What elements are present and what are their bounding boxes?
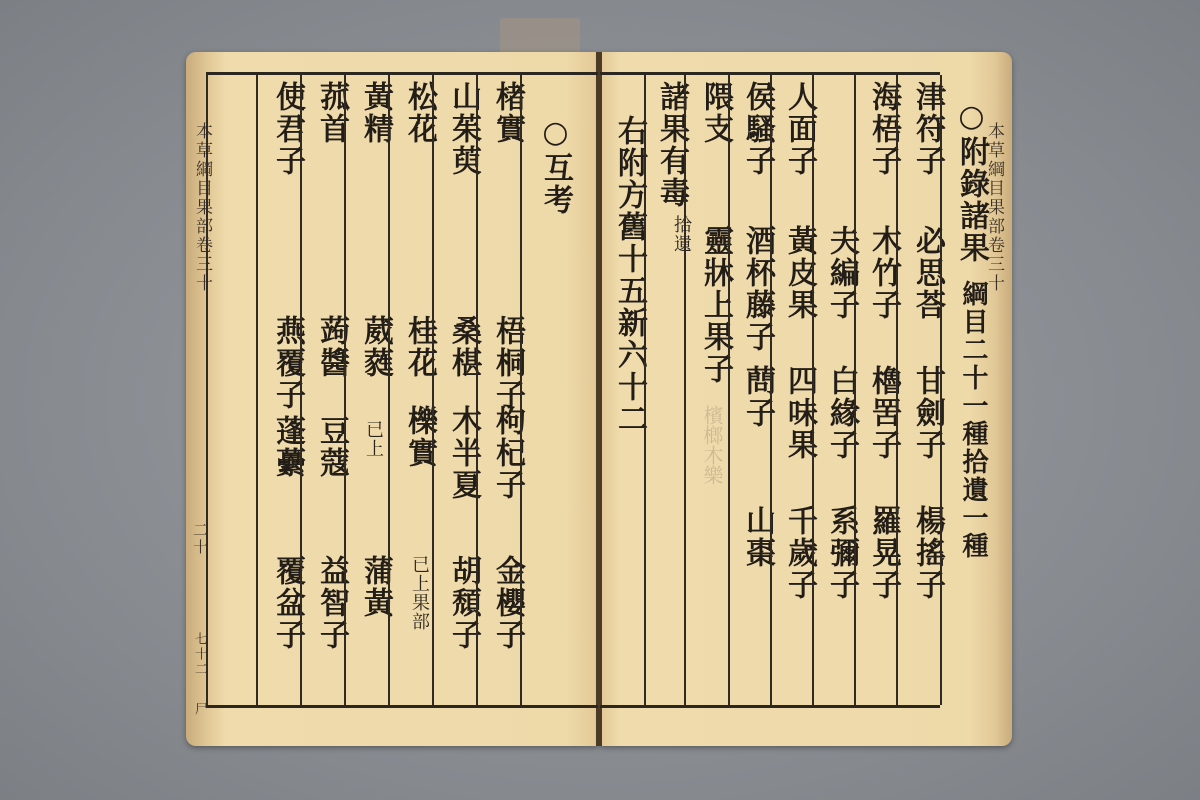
column-r5: 侯騷子 酒杯藤子 蔄子 山棗 xyxy=(728,75,772,705)
column-l2: 山茱萸 桑椹 木半夏 胡頹子 已上果部 xyxy=(432,75,478,705)
note: 已上果部 xyxy=(406,555,432,631)
entry: 木竹子 xyxy=(856,225,898,321)
entry: 隈支 xyxy=(686,81,730,145)
entry: 酒杯藤子 xyxy=(730,225,772,353)
entry: 豆蔻 xyxy=(302,415,346,479)
entry: 夫編子 xyxy=(814,225,856,321)
entry: 四味果 xyxy=(772,365,814,461)
entry: 黃精 xyxy=(346,81,390,145)
entry: 必思荅 xyxy=(898,225,942,321)
entry: 蒟醬 xyxy=(302,315,346,379)
entry: 蔄子 xyxy=(730,365,772,429)
entry: 金櫻子 xyxy=(478,555,522,651)
column-l6: 使君子 燕覆子 蓬虆 覆盆子 xyxy=(256,75,302,705)
summary: 右附方舊十五新六十二 xyxy=(600,115,644,435)
entry: 白緣子 xyxy=(814,365,856,461)
left-text-frame: 使君子 燕覆子 蓬虆 覆盆子 菰首 蒟醬 豆蔻 益智子 黃精 葳蕤 已上 蒲黃 … xyxy=(206,72,598,708)
column-r3: 𣗥子 夫編子 白緣子 系彌子 xyxy=(812,75,856,705)
entry: 枸杞子 xyxy=(478,405,522,501)
entry: 千歲子 xyxy=(772,505,814,601)
column-l4: 黃精 葳蕤 已上 蒲黃 xyxy=(344,75,390,705)
entry: 津符子 xyxy=(898,81,942,177)
column-r2: 海梧子 木竹子 櫓罟子 羅晃子 xyxy=(854,75,898,705)
column-header: ○附錄諸果 綱目二十一種拾遺一種 xyxy=(940,75,986,705)
entry: 山茱萸 xyxy=(434,81,478,177)
entry: 蒲黃 xyxy=(346,555,390,619)
entry: 葳蕤 xyxy=(346,315,390,379)
entry: 楮實 xyxy=(478,81,522,145)
column-r7: 諸果有毒 拾遺 xyxy=(644,75,686,705)
column-r4: 人面子 黃皮果 四味果 千歲子 xyxy=(770,75,814,705)
section-header: ○附錄諸果 xyxy=(942,99,986,264)
entry: 黃皮果 xyxy=(772,225,814,321)
column-header: ○互考 xyxy=(520,75,600,705)
entry: 甘劍子 xyxy=(898,365,942,461)
note: 已上 xyxy=(360,420,386,458)
entry: 系彌子 xyxy=(814,505,856,601)
entry: 楊搖子 xyxy=(898,505,942,601)
column-r6: 隈支 靈牀上果子 檳榔木樂 xyxy=(684,75,730,705)
entry: 櫓罟子 xyxy=(856,365,898,461)
entry: 靈牀上果子 xyxy=(686,225,730,385)
entry: 燕覆子 xyxy=(258,315,302,411)
right-text-frame: 右附方舊十五新六十二 諸果有毒 拾遺 隈支 靈牀上果子 檳榔木樂 侯騷子 酒杯藤… xyxy=(600,72,940,708)
column-r8: 右附方舊十五新六十二 xyxy=(600,75,644,705)
entry: 海梧子 xyxy=(856,81,898,177)
entry: 菰首 xyxy=(302,81,346,145)
entry: 桑椹 xyxy=(434,315,478,379)
column-l5: 菰首 蒟醬 豆蔻 益智子 xyxy=(300,75,346,705)
entry: 益智子 xyxy=(302,555,346,651)
entry: 山棗 xyxy=(730,505,772,569)
entry: 羅晃子 xyxy=(856,505,898,601)
empty-column xyxy=(206,75,258,705)
column-l1: 楮實 梧桐子 枸杞子 金櫻子 xyxy=(476,75,522,705)
entry: 蓬虆 xyxy=(258,415,302,479)
entry: 使君子 xyxy=(258,81,302,177)
entry: 諸果有毒 xyxy=(646,81,686,209)
entry: 𣗥子 xyxy=(814,81,856,145)
entry: 梧桐子 xyxy=(478,315,522,411)
section-note: 綱目二十一種拾遺一種 xyxy=(942,280,986,560)
entry: 人面子 xyxy=(772,81,814,177)
entry: 覆盆子 xyxy=(258,555,302,651)
entry: 胡頹子 xyxy=(434,555,478,651)
entry: 侯騷子 xyxy=(730,81,772,177)
entry: 櫟實 xyxy=(390,405,434,469)
entry: 松花 xyxy=(390,81,434,145)
entry: 木半夏 xyxy=(434,405,478,501)
entry: 桂花 xyxy=(390,315,434,379)
section-header: ○互考 xyxy=(532,115,570,216)
column-r1: 津符子 必思荅 甘劍子 楊搖子 xyxy=(896,75,942,705)
